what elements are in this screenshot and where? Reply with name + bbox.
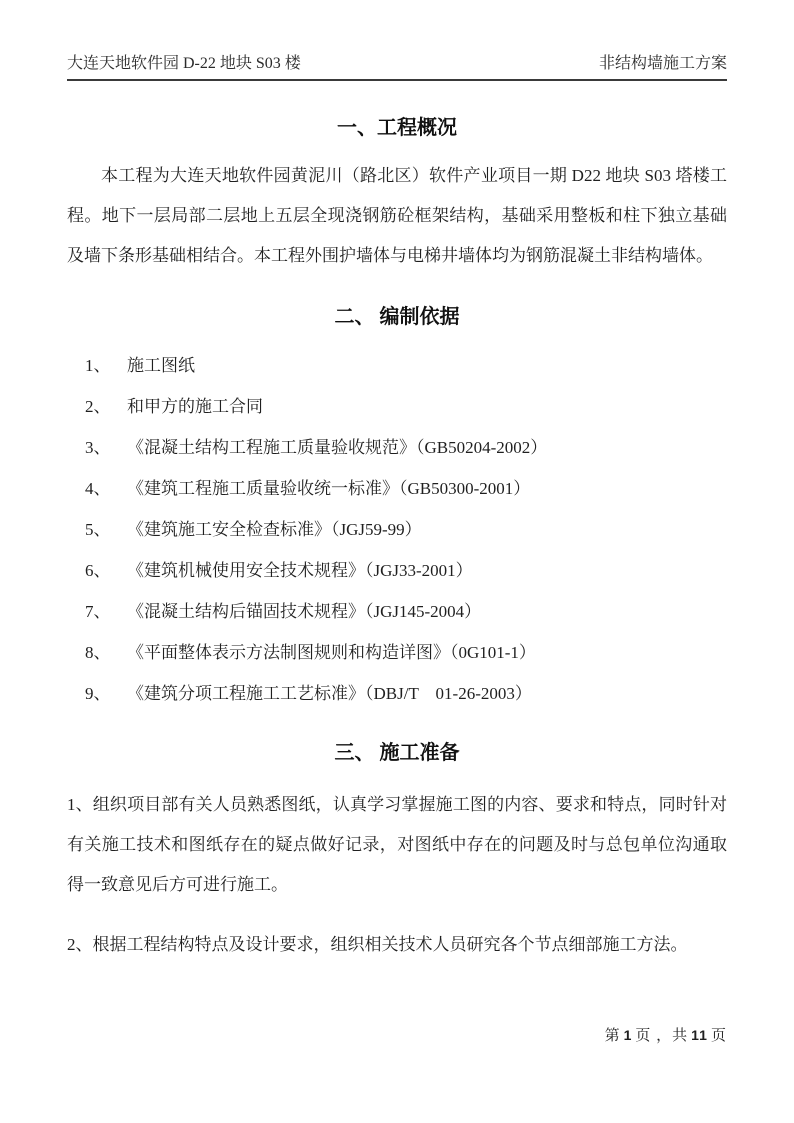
footer-total-pages: 11 bbox=[688, 1027, 711, 1043]
reference-list: 1、 施工图纸 2、 和甲方的施工合同 3、 《混凝土结构工程施工质量验收规范》… bbox=[67, 345, 727, 714]
footer-prefix: 第 bbox=[605, 1028, 621, 1044]
list-item-number: 4、 bbox=[85, 468, 127, 509]
list-item: 8、 《平面整体表示方法制图规则和构造详图》（0G101-1） bbox=[67, 632, 727, 673]
document-page: 大连天地软件园 D-22 地块 S03 楼 非结构墙施工方案 一、工程概况 本工… bbox=[0, 0, 794, 1123]
section1-paragraph: 本工程为大连天地软件园黄泥川（路北区）软件产业项目一期 D22 地块 S03 塔… bbox=[67, 156, 727, 276]
section3-paragraph-1: 1、组织项目部有关人员熟悉图纸，认真学习掌握施工图的内容、要求和特点，同时针对有… bbox=[67, 785, 727, 905]
list-item-number: 8、 bbox=[85, 632, 127, 673]
list-item-number: 6、 bbox=[85, 550, 127, 591]
header-document-title: 非结构墙施工方案 bbox=[599, 50, 727, 73]
list-item-text: 《平面整体表示方法制图规则和构造详图》（0G101-1） bbox=[127, 632, 727, 673]
section2-title: 二、 编制依据 bbox=[67, 300, 727, 329]
footer-suffix: 页 bbox=[711, 1028, 727, 1044]
list-item: 1、 施工图纸 bbox=[67, 345, 727, 386]
list-item-text: 《建筑分项工程施工工艺标准》（DBJ/T 01-26-2003） bbox=[127, 673, 727, 714]
list-item: 5、 《建筑施工安全检查标准》（JGJ59-99） bbox=[67, 509, 727, 550]
list-item: 6、 《建筑机械使用安全技术规程》（JGJ33-2001） bbox=[67, 550, 727, 591]
list-item-number: 7、 bbox=[85, 591, 127, 632]
list-item-number: 9、 bbox=[85, 673, 127, 714]
list-item-text: 《建筑工程施工质量验收统一标准》（GB50300-2001） bbox=[127, 468, 727, 509]
footer-page-number: 1 bbox=[621, 1027, 636, 1043]
list-item-text: 《混凝土结构工程施工质量验收规范》（GB50204-2002） bbox=[127, 427, 727, 468]
list-item: 7、 《混凝土结构后锚固技术规程》（JGJ145-2004） bbox=[67, 591, 727, 632]
section3-title: 三、 施工准备 bbox=[67, 736, 727, 765]
list-item: 3、 《混凝土结构工程施工质量验收规范》（GB50204-2002） bbox=[67, 427, 727, 468]
section1-title: 一、工程概况 bbox=[67, 111, 727, 140]
list-item: 9、 《建筑分项工程施工工艺标准》（DBJ/T 01-26-2003） bbox=[67, 673, 727, 714]
list-item-text: 《建筑施工安全检查标准》（JGJ59-99） bbox=[127, 509, 727, 550]
list-item-number: 2、 bbox=[85, 386, 127, 427]
list-item-number: 1、 bbox=[85, 345, 127, 386]
list-item-text: 《建筑机械使用安全技术规程》（JGJ33-2001） bbox=[127, 550, 727, 591]
page-footer: 第1页 ，共11页 bbox=[605, 1024, 727, 1045]
list-item-text: 施工图纸 bbox=[127, 345, 727, 386]
header-project-title: 大连天地软件园 D-22 地块 S03 楼 bbox=[67, 50, 301, 73]
list-item-number: 5、 bbox=[85, 509, 127, 550]
list-item-number: 3、 bbox=[85, 427, 127, 468]
list-item: 4、 《建筑工程施工质量验收统一标准》（GB50300-2001） bbox=[67, 468, 727, 509]
list-item: 2、 和甲方的施工合同 bbox=[67, 386, 727, 427]
section3-paragraph-2: 2、根据工程结构特点及设计要求，组织相关技术人员研究各个节点细部施工方法。 bbox=[67, 925, 727, 965]
footer-middle: 页 ，共 bbox=[635, 1028, 688, 1044]
page-header: 大连天地软件园 D-22 地块 S03 楼 非结构墙施工方案 bbox=[67, 50, 727, 81]
list-item-text: 和甲方的施工合同 bbox=[127, 386, 727, 427]
page-content: 大连天地软件园 D-22 地块 S03 楼 非结构墙施工方案 一、工程概况 本工… bbox=[0, 0, 794, 965]
list-item-text: 《混凝土结构后锚固技术规程》（JGJ145-2004） bbox=[127, 591, 727, 632]
